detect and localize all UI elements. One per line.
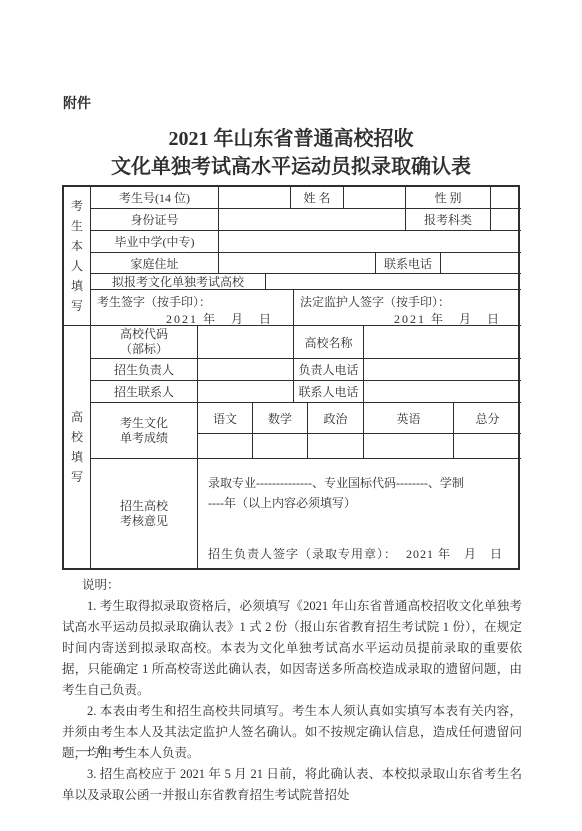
attachment-label: 附件	[63, 93, 91, 113]
score-english-value	[364, 434, 454, 459]
scores-label-line2: 单考成绩	[120, 431, 168, 446]
note-item-2: 2. 本表由考生和招生高校共同填写。考生本人须认真如实填写本表有关内容，并须由考…	[62, 701, 522, 764]
score-chinese-value	[198, 434, 253, 459]
row-id-number: 身份证号 报考科类	[91, 209, 521, 231]
form-rows: 考生号(14 位) 姓 名 性 别 身份证号 报考科类 毕业中学(中专)	[91, 187, 521, 568]
row-intended-university: 拟报考文化单独考试高校	[91, 274, 521, 290]
subject-chinese: 语文	[198, 403, 253, 434]
guardian-signature-cell: 法定监护人签字（按手印）： 2021 年 月 日	[294, 290, 521, 325]
guardian-sign-label: 法定监护人签字（按手印）：	[300, 293, 515, 310]
score-total-value	[454, 434, 521, 459]
candidate-sign-label: 考生签字（按手印）：	[97, 293, 287, 310]
side-label-candidate-section: 考生本人填写	[64, 187, 91, 326]
leader-phone-value	[364, 359, 521, 380]
university-code-value	[198, 326, 294, 358]
row-recruit-contact: 招生联系人 联系人电话	[91, 381, 521, 403]
recruit-contact-label: 招生联系人	[91, 381, 198, 402]
university-name-label: 高校名称	[294, 326, 364, 358]
document-title-line2: 文化单独考试高水平运动员拟录取确认表	[0, 150, 582, 179]
subject-english: 英语	[364, 403, 454, 434]
home-address-label: 家庭住址	[91, 253, 219, 273]
id-number-label: 身份证号	[91, 209, 219, 230]
row-university-code: 高校代码 （部标） 高校名称	[91, 326, 521, 359]
opinion-content-line2: ----年（以上内容必须填写）	[208, 496, 356, 510]
opinion-label-line2: 考核意见	[120, 514, 168, 529]
university-code-label-line2: （部标）	[120, 342, 168, 357]
subject-politics: 政治	[308, 403, 364, 434]
score-politics-value	[308, 434, 364, 459]
name-label: 姓 名	[291, 187, 344, 208]
row-scores: 考生文化 单考成绩 语文 数学 政治 英语 总分	[91, 403, 521, 459]
exam-category-value	[491, 209, 521, 230]
home-address-value	[219, 253, 376, 273]
score-math-value	[253, 434, 308, 459]
exam-category-label: 报考科类	[406, 209, 491, 230]
gender-value	[491, 187, 521, 208]
side-label-column: 考生本人填写 高校填写	[64, 187, 91, 568]
contact-person-phone-label: 联系人电话	[294, 381, 364, 402]
university-name-value	[364, 326, 521, 358]
candidate-no-value	[219, 187, 291, 208]
candidate-sign-date: 2021 年 月 日	[97, 310, 287, 325]
row-opinion: 招生高校 考核意见 录取专业--------------、专业国标代码-----…	[91, 459, 521, 568]
opinion-label: 招生高校 考核意见	[91, 459, 198, 568]
note-item-1: 1. 考生取得拟录取资格后，必须填写《2021 年山东省普通高校招收文化单独考试…	[62, 596, 522, 701]
university-code-label-line1: 高校代码	[120, 327, 168, 342]
opinion-content-line1: 录取专业--------------、专业国标代码--------、学制	[208, 476, 464, 490]
candidate-no-label: 考生号(14 位)	[91, 187, 219, 208]
gender-label: 性 别	[406, 187, 491, 208]
page-number: — 8 —	[76, 742, 130, 758]
scores-label-line1: 考生文化	[120, 416, 168, 431]
confirmation-form-table: 考生本人填写 高校填写 考生号(14 位) 姓 名 性 别 身份证号 报考科类	[62, 185, 520, 570]
id-number-value	[219, 209, 406, 230]
subject-math: 数学	[253, 403, 308, 434]
document-page: 附件 2021 年山东省普通高校招收 文化单独考试高水平运动员拟录取确认表 考生…	[0, 0, 582, 831]
document-title-line1: 2021 年山东省普通高校招收	[0, 122, 582, 151]
subject-total: 总分	[454, 403, 521, 434]
row-signatures: 考生签字（按手印）： 2021 年 月 日 法定监护人签字（按手印）： 2021…	[91, 290, 521, 326]
graduate-school-label: 毕业中学(中专)	[91, 231, 219, 252]
intended-university-value	[266, 274, 521, 289]
side-label-university-section: 高校填写	[64, 326, 91, 568]
row-recruit-leader: 招生负责人 负责人电话	[91, 359, 521, 381]
row-home-address: 家庭住址 联系电话	[91, 253, 521, 274]
opinion-sign-label: 招生负责人签字（录取专用章）：	[208, 545, 397, 562]
opinion-content-text: 录取专业--------------、专业国标代码--------、学制 ---…	[208, 473, 513, 513]
opinion-content-cell: 录取专业--------------、专业国标代码--------、学制 ---…	[198, 459, 521, 568]
name-value	[344, 187, 406, 208]
contact-person-phone-value	[364, 381, 521, 402]
recruit-leader-label: 招生负责人	[91, 359, 198, 380]
scores-label: 考生文化 单考成绩	[91, 403, 198, 458]
scores-header-row: 语文 数学 政治 英语 总分	[198, 403, 521, 434]
candidate-signature-cell: 考生签字（按手印）： 2021 年 月 日	[91, 290, 294, 325]
opinion-label-line1: 招生高校	[120, 499, 168, 514]
opinion-sign-row: 招生负责人签字（录取专用章）： 2021 年 月 日	[208, 545, 513, 562]
opinion-sign-date: 2021 年 月 日	[406, 545, 503, 562]
row-graduate-school: 毕业中学(中专)	[91, 231, 521, 253]
guardian-sign-date: 2021 年 月 日	[300, 310, 515, 325]
recruit-leader-value	[198, 359, 294, 380]
scores-grid: 语文 数学 政治 英语 总分	[198, 403, 521, 458]
notes-section: 说明： 1. 考生取得拟录取资格后，必须填写《2021 年山东省普通高校招收文化…	[62, 575, 522, 806]
contact-phone-value	[441, 253, 521, 273]
scores-value-row	[198, 434, 521, 459]
university-code-label: 高校代码 （部标）	[91, 326, 198, 358]
graduate-school-value	[219, 231, 521, 252]
notes-heading: 说明：	[62, 575, 522, 596]
recruit-contact-value	[198, 381, 294, 402]
leader-phone-label: 负责人电话	[294, 359, 364, 380]
contact-phone-label: 联系电话	[376, 253, 441, 273]
note-item-3: 3. 招生高校应于 2021 年 5 月 21 日前，将此确认表、本校拟录取山东…	[62, 764, 522, 806]
intended-university-label: 拟报考文化单独考试高校	[91, 274, 266, 289]
row-candidate-no: 考生号(14 位) 姓 名 性 别	[91, 187, 521, 209]
